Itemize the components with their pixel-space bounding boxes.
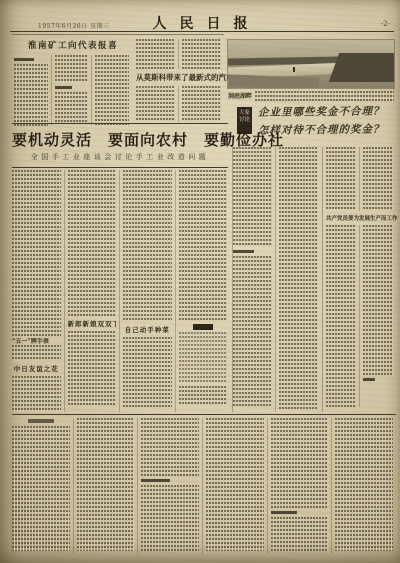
photo-caption: 洞庭湖畔 [228,91,394,103]
bottom-band-rule [12,414,396,415]
body-column-4 [175,170,231,412]
col1-bold-lead: “五一”牌手表 [12,338,61,345]
bottom-column-1 [12,418,73,554]
body-text-block [178,39,224,69]
bottom-band [12,418,396,554]
page-number: -2- [381,20,390,28]
body-midright-columns [232,147,321,412]
body-text-block [359,225,396,407]
body-right-column: 共产党员要为发展生产而工作 [322,147,396,412]
photo-figure [293,67,295,72]
body-column-3: 自己动手种菜 [119,170,175,412]
discussion-label-bottom: 讨论 [237,117,252,124]
photo-caption-text [255,91,394,103]
body-text-block [136,86,178,122]
discussion-label-top: 大家 [237,110,252,117]
main-headline: 要机动灵活 要面向农村 要勤俭办社 [12,129,228,150]
masthead-title: 人民日报 [140,13,261,33]
col3-subhead: 自己动手种菜 [123,325,172,334]
photo-river-scene [228,40,394,88]
bottom-column-3 [137,418,202,554]
body-text-block [326,147,359,211]
listings-label-chip [193,324,213,330]
body-main-columns: “五一”牌手表 中日友谊之花 新郎新娘双双下地 自己动手种菜 [12,170,230,412]
body-text-block [14,55,51,125]
issue-date: 1957年6月26日 星期三 [38,21,110,30]
body-column-6 [275,147,321,412]
bottom-column-5 [267,418,332,554]
body-text-block [178,86,224,122]
headline-rule-top [12,123,228,124]
col2-subhead: 新郎新娘双双下地 [68,319,117,328]
bottom-column-4 [202,418,267,554]
header-rule-secondary [12,34,224,35]
article-top-left: 淮南矿工向代表报喜 [14,39,132,125]
listings-box [179,324,228,384]
body-text-block [359,147,396,211]
bottom-column-2 [73,418,138,554]
discussion-question-1: 企业里哪些奖金不合理？ [258,103,396,119]
top-mid-headline: 从莫斯科带来了最新式的汽车图样 [136,72,224,83]
body-text-block [91,55,132,125]
photo-caption-lead: 洞庭湖畔 [228,91,252,103]
headline-rule-bottom [12,167,228,168]
center-headline-block: 要机动灵活 要面向农村 要勤俭办社 全国手工业座谈会讨论手工业改造问题 [12,123,228,168]
newspaper-page: 1957年6月26日 星期三 人民日报 -2- 淮南矿工向代表报喜 从莫斯科带来… [0,0,400,563]
article-top-mid: 从莫斯科带来了最新式的汽车图样 [136,39,224,122]
body-text-block [326,225,359,407]
photo-dark-bank [329,53,394,82]
body-column-2: 新郎新娘双双下地 [64,170,120,412]
top-left-headline: 淮南矿工向代表报喜 [14,39,132,51]
body-column-1: “五一”牌手表 中日友谊之花 [12,170,64,412]
body-text-block [136,39,178,69]
header-rule [10,31,394,32]
right-headline: 共产党员要为发展生产而工作 [326,214,396,222]
discussion-label: 大家 讨论 [237,107,252,134]
photo-foreground [228,74,319,88]
bottom-label-chip [28,419,54,423]
col1-subhead: 中日友谊之花 [12,364,61,373]
body-column-5 [233,147,275,412]
body-text-block [51,55,92,125]
bottom-column-6 [331,418,396,554]
main-subhead: 全国手工业座谈会讨论手工业改造问题 [12,152,228,162]
